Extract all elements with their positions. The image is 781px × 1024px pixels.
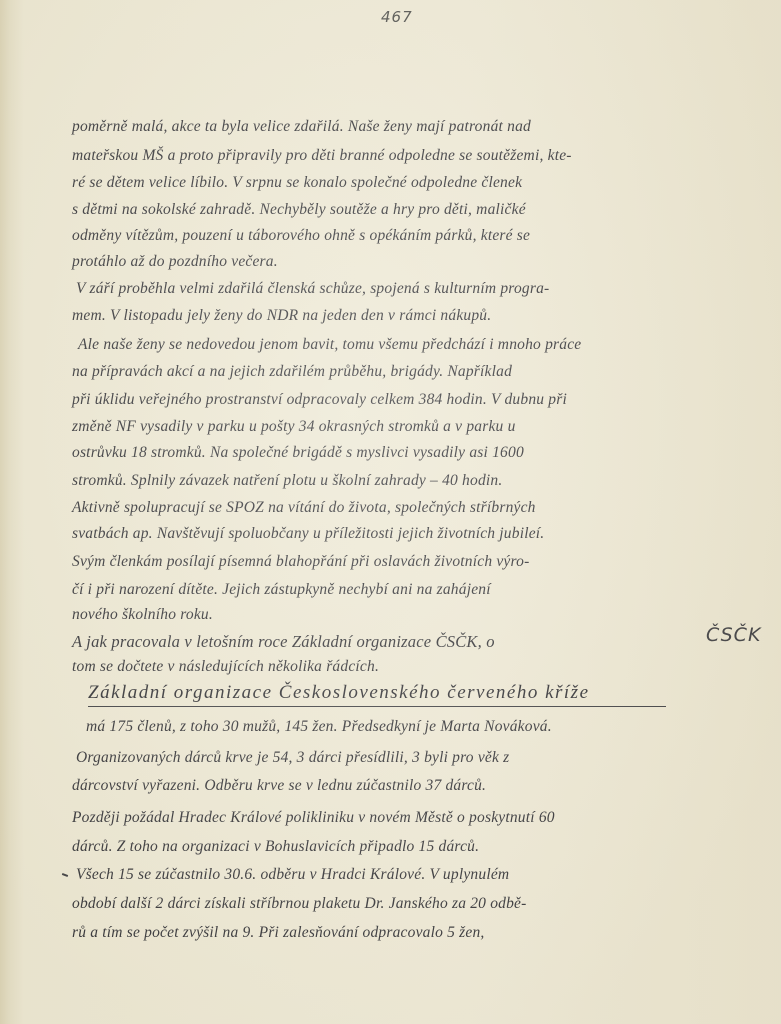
section-heading: Základní organizace Československého čer… xyxy=(88,682,666,707)
text-line: období další 2 dárci získali stříbrnou p… xyxy=(72,895,527,913)
text-line: ostrůvku 18 stromků. Na společné brigádě… xyxy=(72,444,524,462)
text-line: poměrně malá, akce ta byla velice zdařil… xyxy=(72,118,531,136)
manuscript-page: 467 poměrně malá, akce ta byla velice zd… xyxy=(0,0,781,1024)
text-line: ré se dětem velice líbilo. V srpnu se ko… xyxy=(72,174,522,192)
text-line: protáhlo až do pozdního večera. xyxy=(72,253,278,271)
text-line: nového školního roku. xyxy=(72,606,213,624)
text-line: dárcovství vyřazeni. Odběru krve se v le… xyxy=(72,777,486,795)
page-number: 467 xyxy=(381,8,413,26)
text-line: A jak pracovala v letošním roce Základní… xyxy=(72,632,495,652)
text-line: Organizovaných dárců krve je 54, 3 dárci… xyxy=(76,749,509,767)
text-line: při úklidu veřejného prostranství odprac… xyxy=(72,391,567,409)
text-line: Svým členkám posílají písemná blahopřání… xyxy=(72,553,529,571)
text-line: dárců. Z toho na organizaci v Bohuslavic… xyxy=(72,838,479,856)
margin-note: ČSČK xyxy=(706,624,761,646)
text-line: svatbách ap. Navštěvují spoluobčany u př… xyxy=(72,525,544,543)
text-line: na přípravách akcí a na jejich zdařilém … xyxy=(72,363,512,381)
margin-mark xyxy=(62,873,68,877)
text-line: Aktivně spolupracují se SPOZ na vítání d… xyxy=(72,499,536,517)
text-line: změně NF vysadily v parku u pošty 34 okr… xyxy=(72,418,516,436)
text-line: má 175 členů, z toho 30 mužů, 145 žen. P… xyxy=(86,718,552,736)
text-line: odměny vítězům, pouzení u táborového ohn… xyxy=(72,227,530,245)
text-line: Ale naše ženy se nedovedou jenom bavit, … xyxy=(78,336,581,354)
text-line: mem. V listopadu jely ženy do NDR na jed… xyxy=(72,307,491,325)
text-line: V září proběhla velmi zdařilá členská sc… xyxy=(76,280,549,298)
text-line: stromků. Splnily závazek natření plotu u… xyxy=(72,472,502,490)
text-line: rů a tím se počet zvýšil na 9. Při zales… xyxy=(72,924,485,942)
text-line: Všech 15 se zúčastnilo 30.6. odběru v Hr… xyxy=(76,866,509,884)
text-line: s dětmi na sokolské zahradě. Nechyběly s… xyxy=(72,201,526,219)
text-line: Později požádal Hradec Králové poliklini… xyxy=(72,809,555,827)
text-line: mateřskou MŠ a proto připravily pro děti… xyxy=(72,147,572,165)
text-line: tom se dočtete v následujících několika … xyxy=(72,658,379,676)
text-line: čí i při narození dítěte. Jejich zástupk… xyxy=(72,581,491,599)
